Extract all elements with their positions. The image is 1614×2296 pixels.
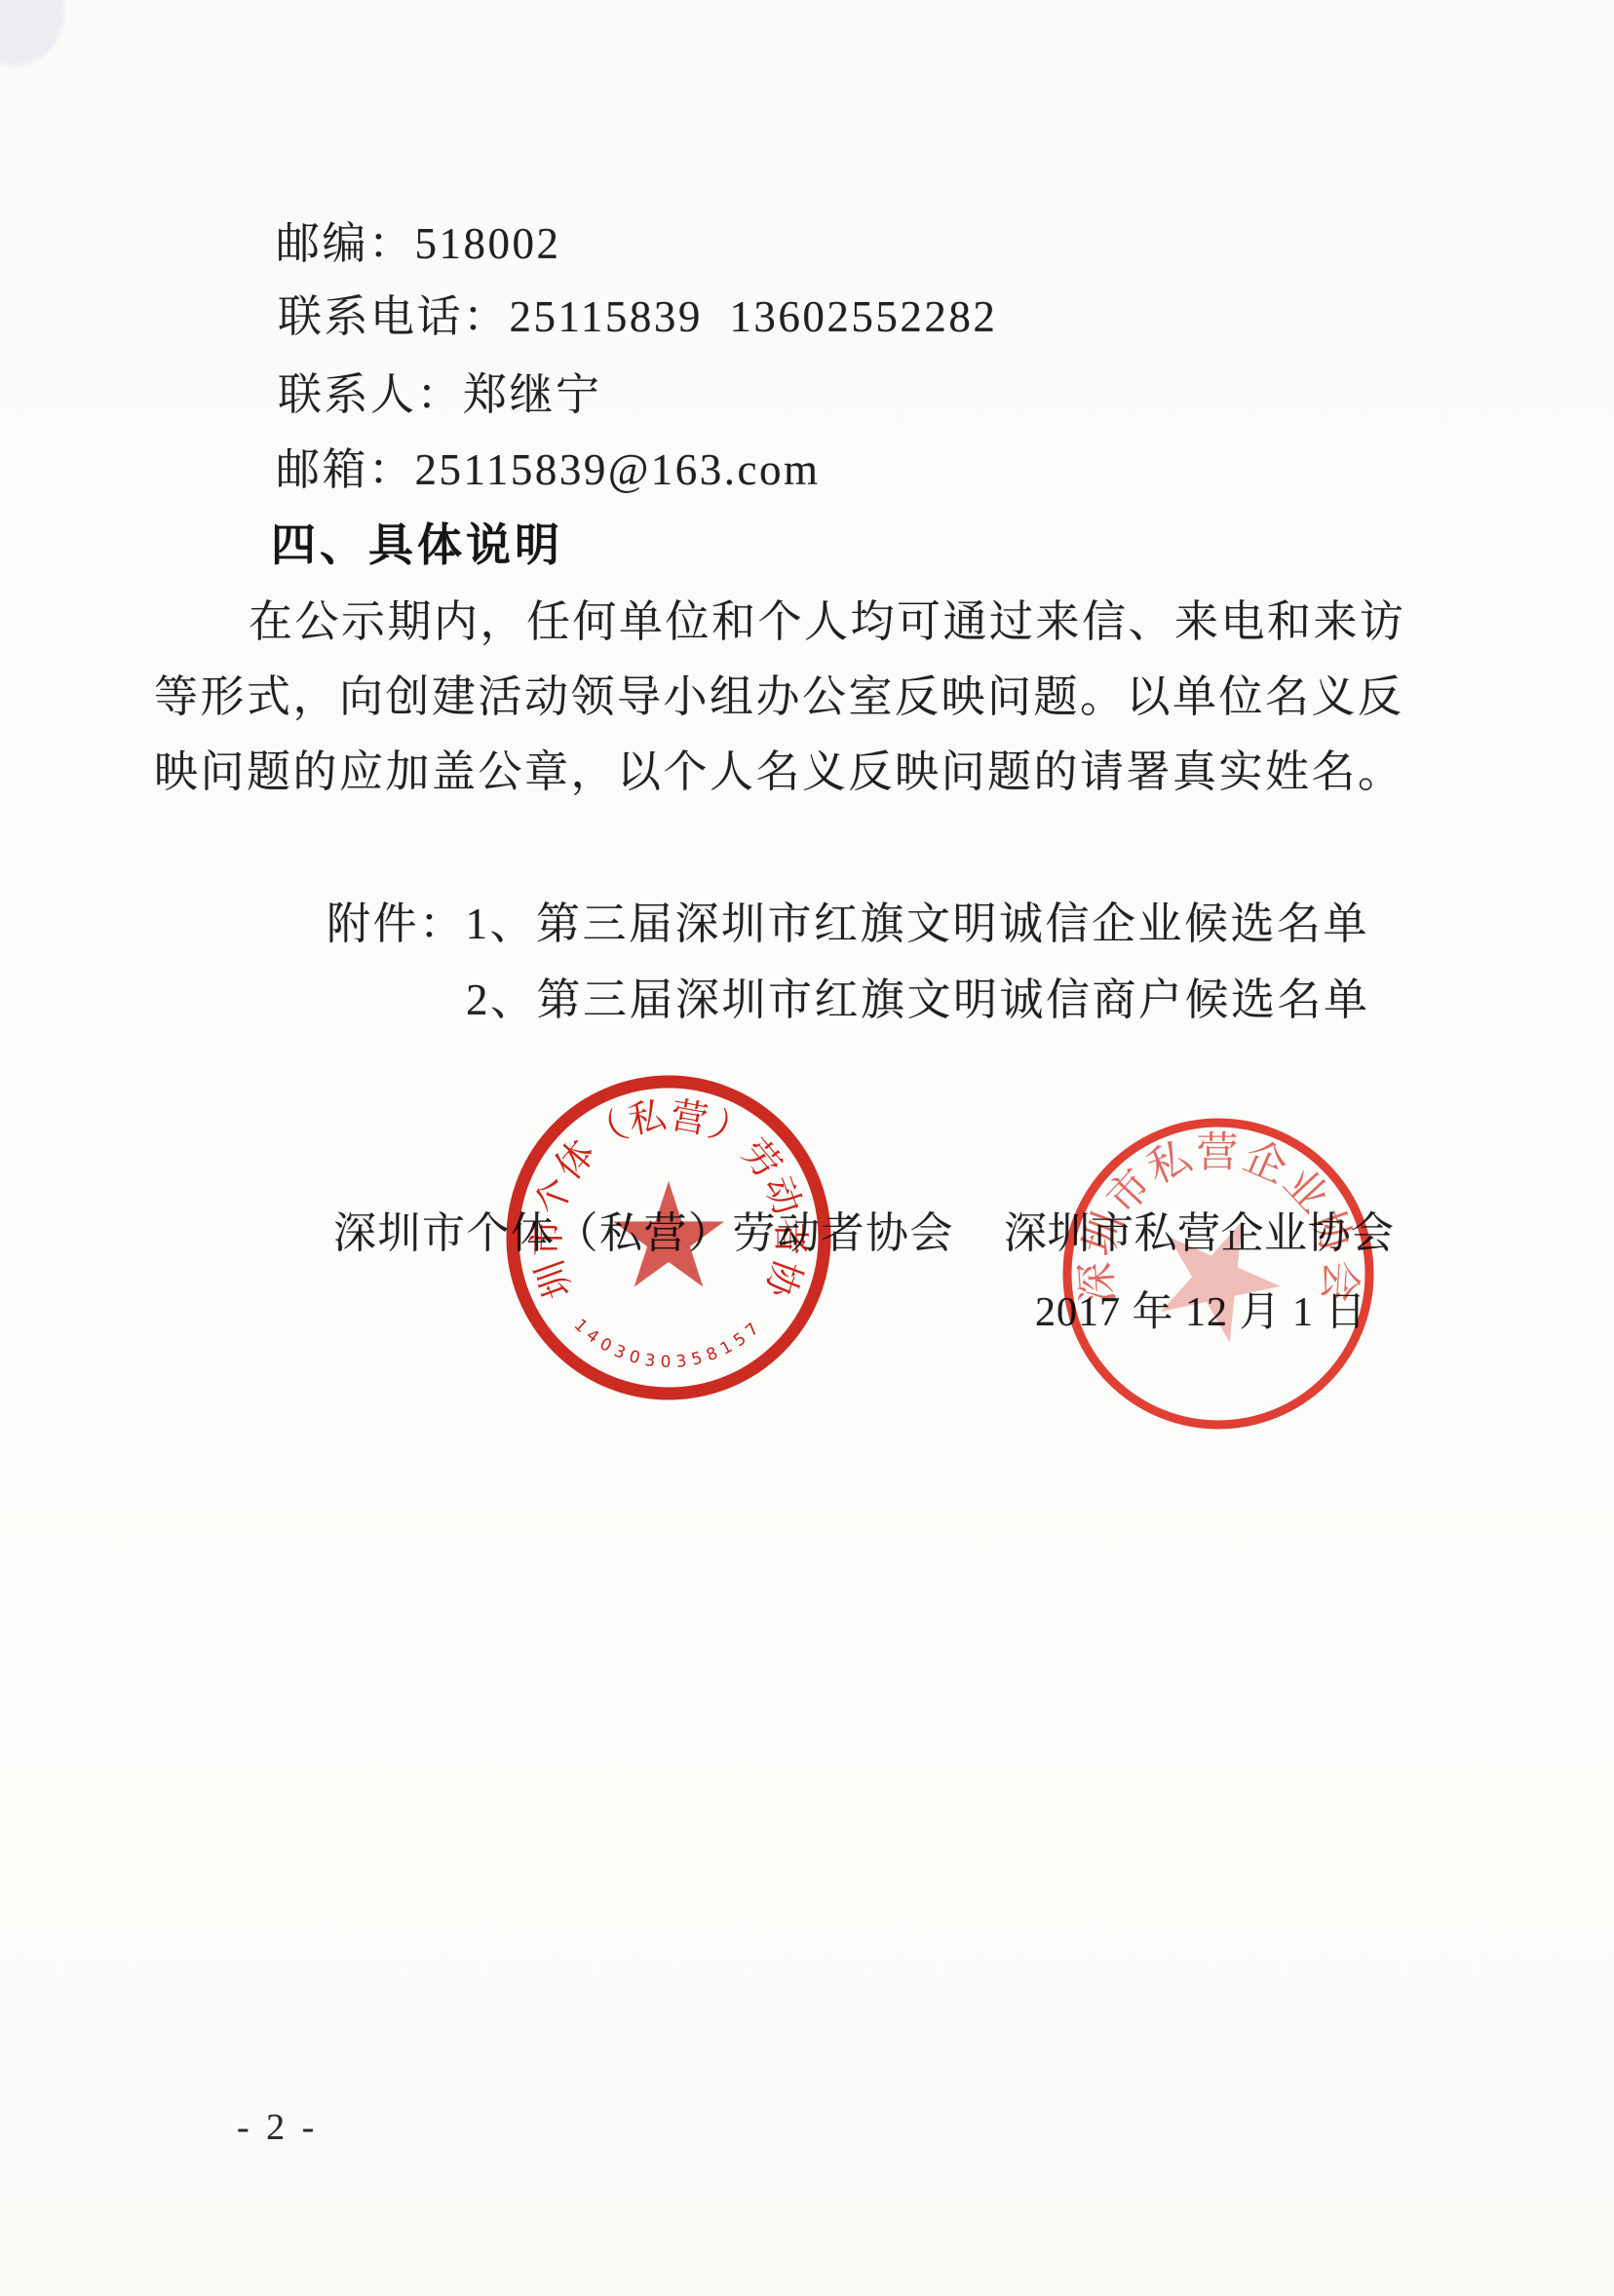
email-line: 邮箱：25115839@163.com: [276, 448, 821, 492]
body-line-1: 在公示期内，任何单位和个人均可通过来信、来电和来访: [249, 600, 1406, 644]
attachment-line-1: 附件：1、第三届深圳市红旗文明诚信企业候选名单: [327, 902, 1369, 946]
right-seal-star-icon: [1139, 1196, 1298, 1352]
left-official-seal-stamp: 深圳市个体（私营）劳动者协会 1403030358157: [503, 1072, 834, 1403]
attachment-line-2: 2、第三届深圳市红旗文明诚信商户候选名单: [466, 978, 1370, 1022]
right-official-seal-stamp: 深圳市私营企业协会: [1053, 1108, 1384, 1439]
phone-line: 联系电话：25115839 13602552282: [278, 295, 997, 339]
page-number: - 2 -: [237, 2109, 318, 2146]
body-line-3: 映问题的应加盖公章，以个人名义反映问题的请署真实姓名。: [154, 750, 1404, 794]
left-seal-star-icon: [613, 1181, 724, 1287]
section-heading: 四、具体说明: [271, 522, 563, 567]
contact-person-line: 联系人：郑继宁: [278, 373, 602, 417]
scan-corner-artifact: [0, 0, 64, 66]
postal-code-line: 邮编：518002: [276, 222, 561, 266]
document-page: 邮编：518002 联系电话：25115839 13602552282 联系人：…: [0, 0, 1614, 2296]
body-line-2: 等形式，向创建活动领导小组办公室反映问题。以单位名义反: [154, 675, 1404, 719]
svg-text:1403030358157: 1403030358157: [570, 1316, 767, 1372]
left-seal-serial-number: 1403030358157: [570, 1316, 767, 1372]
